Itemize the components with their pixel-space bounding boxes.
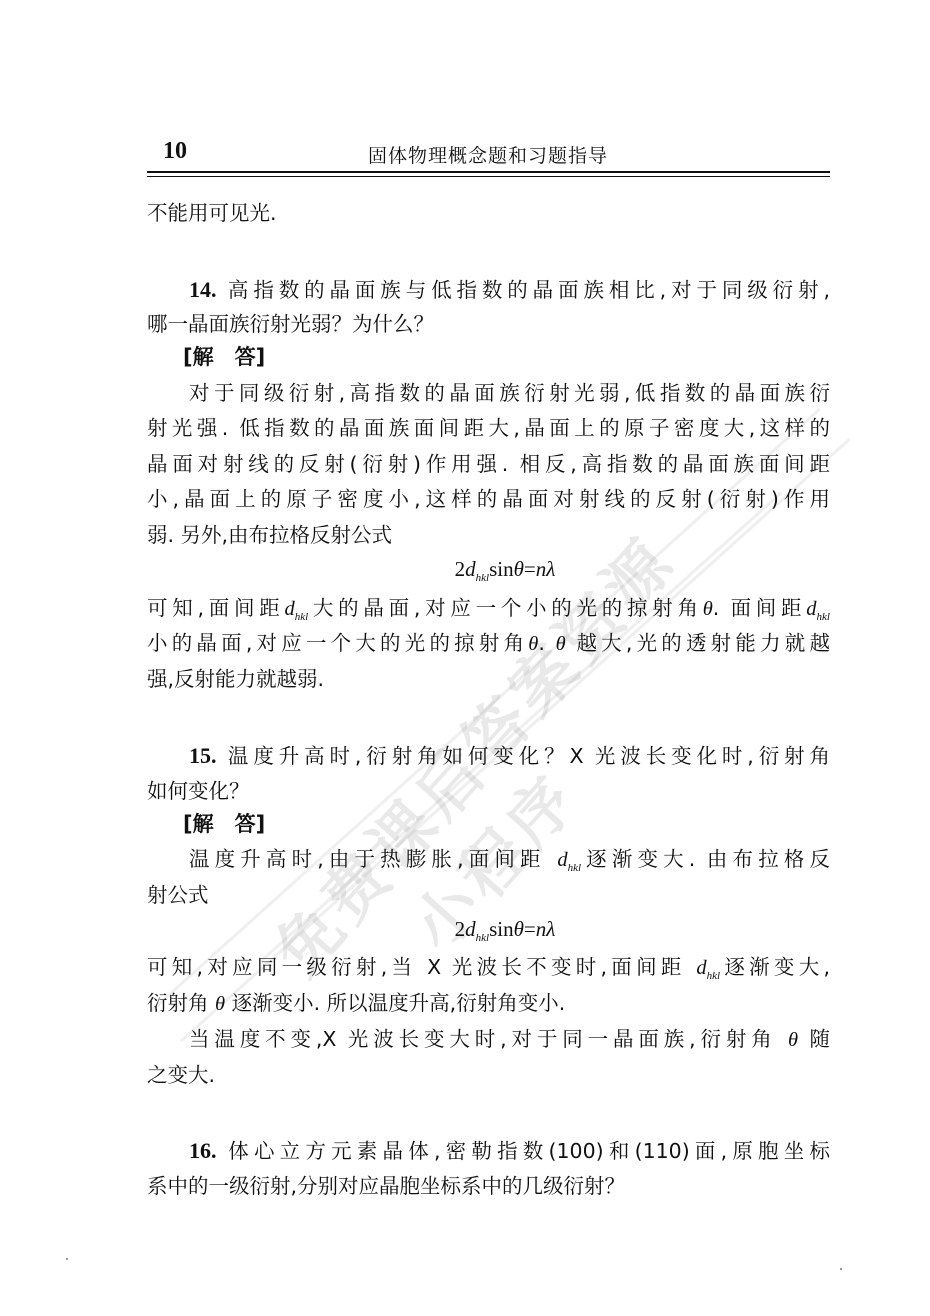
paragraph-continuation: 不能用可见光. (147, 198, 830, 228)
answer-label: [解 答] (183, 341, 265, 371)
scan-speck (840, 1268, 842, 1270)
question-16-line2: 系中的一级衍射,分别对应晶胞坐标系中的几级衍射？ (147, 1171, 830, 1201)
bragg-formula: 2dhklsinθ=nλ (0, 917, 930, 944)
scan-speck (66, 1258, 68, 1260)
question-14-line2: 哪一晶面族衍射光弱？为什么？ (147, 309, 830, 339)
question-14: 14. 高指数的晶面族与低指数的晶面族相比,对于同级衍射, (189, 275, 830, 305)
answer-15-line: 衍射角 θ 逐渐变小. 所以温度升高,衍射角变小. (147, 988, 830, 1019)
answer-15-line: 射公式 (147, 880, 830, 910)
answer-14-line: 可知,面间距dhkl大的晶面,对应一个小的光的掠射角θ. 面间距dhkl (147, 593, 830, 632)
header-rule (147, 171, 830, 177)
running-title: 固体物理概念题和习题指导 (368, 141, 618, 168)
answer-14-line: 强,反射能力就越弱. (147, 664, 830, 694)
answer-14-line: 小,晶面上的原子密度小,这样的晶面对射线的反射(衍射)作用 (147, 484, 830, 514)
question-number: 16. (189, 1138, 217, 1163)
question-number: 14. (189, 277, 217, 302)
answer-14-line: 弱. 另外,由布拉格反射公式 (147, 520, 830, 550)
answer-14-line: 射光强. 低指数的晶面族面间距大,晶面上的原子密度大,这样的 (147, 413, 830, 443)
answer-15-line: 温度升高时,由于热膨胀,面间距 dhkl逐渐变大. 由布拉格反 (189, 844, 830, 883)
question-16: 16. 体心立方元素晶体,密勒指数(100)和(110)面,原胞坐标 (189, 1136, 830, 1166)
answer-15-line: 当温度不变,X 光波长变大时,对于同一晶面族,衍射角 θ 随 (189, 1024, 830, 1055)
question-15-line2: 如何变化？ (147, 776, 830, 806)
page-number: 10 (163, 138, 187, 165)
bragg-formula: 2dhklsinθ=nλ (0, 557, 930, 584)
answer-label: [解 答] (183, 808, 265, 838)
question-number: 15. (189, 743, 217, 768)
answer-15-line: 之变大. (147, 1060, 830, 1090)
answer-14-line: 对于同级衍射,高指数的晶面族衍射光弱,低指数的晶面族衍 (189, 378, 830, 408)
answer-14-line: 晶面对射线的反射(衍射)作用强. 相反,高指数的晶面族面间距 (147, 449, 830, 479)
question-15: 15. 温度升高时,衍射角如何变化？X 光波长变化时,衍射角 (189, 741, 830, 771)
answer-14-line: 小的晶面,对应一个大的光的掠射角θ. θ 越大,光的透射能力就越 (147, 628, 830, 659)
answer-15-line: 可知,对应同一级衍射,当 X 光波长不变时,面间距 dhkl逐渐变大, (147, 952, 830, 991)
